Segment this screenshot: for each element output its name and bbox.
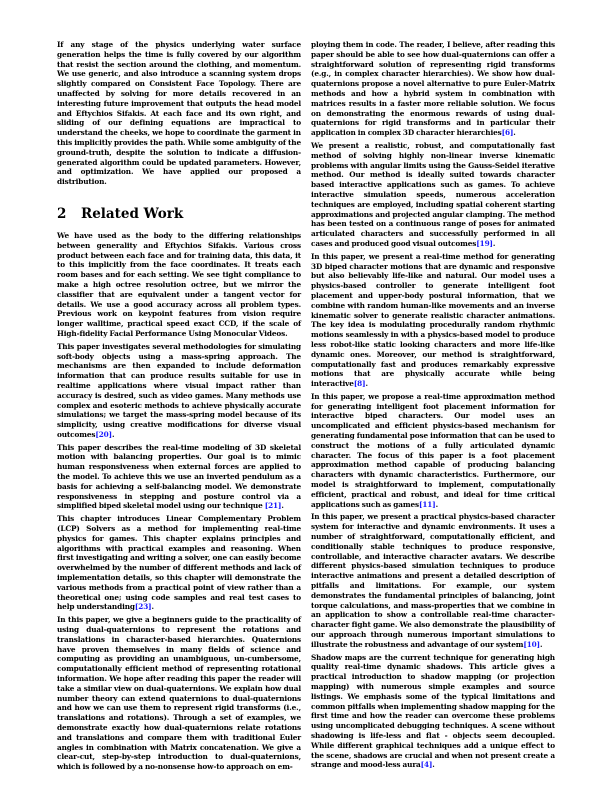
paragraph-text: ploying them in code. The reader, I beli… [311, 40, 555, 137]
paragraph: We present a realistic, robust, and comp… [311, 141, 555, 249]
paragraph: This paper investigates several methodol… [57, 342, 301, 440]
paragraph: In this paper, we present a practical ph… [311, 512, 555, 649]
paragraph-text: In this paper, we give a beginners guide… [57, 615, 301, 771]
section-number: 2 [57, 206, 81, 222]
paragraph-text: Shadow maps are the current technique fo… [311, 653, 555, 770]
citation-link[interactable]: [10] [523, 640, 540, 649]
section-title: Related Work [81, 206, 183, 222]
right-column: ploying them in code. The reader, I beli… [311, 40, 555, 773]
paragraph-text: In this paper, we propose a real-time ap… [311, 392, 555, 509]
paragraph-text: In this paper, we present a real-time me… [311, 252, 555, 388]
paragraph: Shadow maps are the current technique fo… [311, 653, 555, 771]
paragraph: ploying them in code. The reader, I beli… [311, 40, 555, 138]
left-column: If any stage of the physics underlying w… [57, 40, 301, 775]
paragraph: In this paper, we propose a real-time ap… [311, 392, 555, 510]
citation-link[interactable]: [11] [419, 500, 436, 509]
paragraph: In this paper, we give a beginners guide… [57, 615, 301, 772]
paragraph-text: This paper describes the real-time model… [57, 443, 301, 511]
paragraph: In this paper, we present a real-time me… [311, 252, 555, 389]
citation-link[interactable]: [20] [95, 430, 112, 439]
citation-link[interactable]: [19] [476, 239, 493, 248]
citation-link[interactable]: [6] [502, 128, 514, 137]
paragraph: This chapter introduces Linear Complemen… [57, 514, 301, 612]
citation-link[interactable]: [21] [265, 501, 282, 510]
citation-link[interactable]: [23] [135, 602, 152, 611]
citation-link[interactable]: [4] [421, 760, 433, 769]
paragraph: We have used as the body to the differin… [57, 231, 301, 339]
citation-link[interactable]: [8] [354, 379, 366, 388]
paragraph: If any stage of the physics underlying w… [57, 40, 301, 187]
paragraph-text: In this paper, we present a practical ph… [311, 512, 555, 648]
paragraph-text: We present a realistic, robust, and comp… [311, 141, 555, 248]
paragraph: This paper describes the real-time model… [57, 443, 301, 512]
paragraph-text: This chapter introduces Linear Complemen… [57, 514, 301, 611]
paper-page: If any stage of the physics underlying w… [0, 0, 612, 792]
paragraph-text: If any stage of the physics underlying w… [57, 40, 301, 186]
section-heading: 2Related Work [57, 206, 301, 222]
paragraph-text: We have used as the body to the differin… [57, 231, 301, 338]
paragraph-text: This paper investigates several methodol… [57, 342, 301, 439]
